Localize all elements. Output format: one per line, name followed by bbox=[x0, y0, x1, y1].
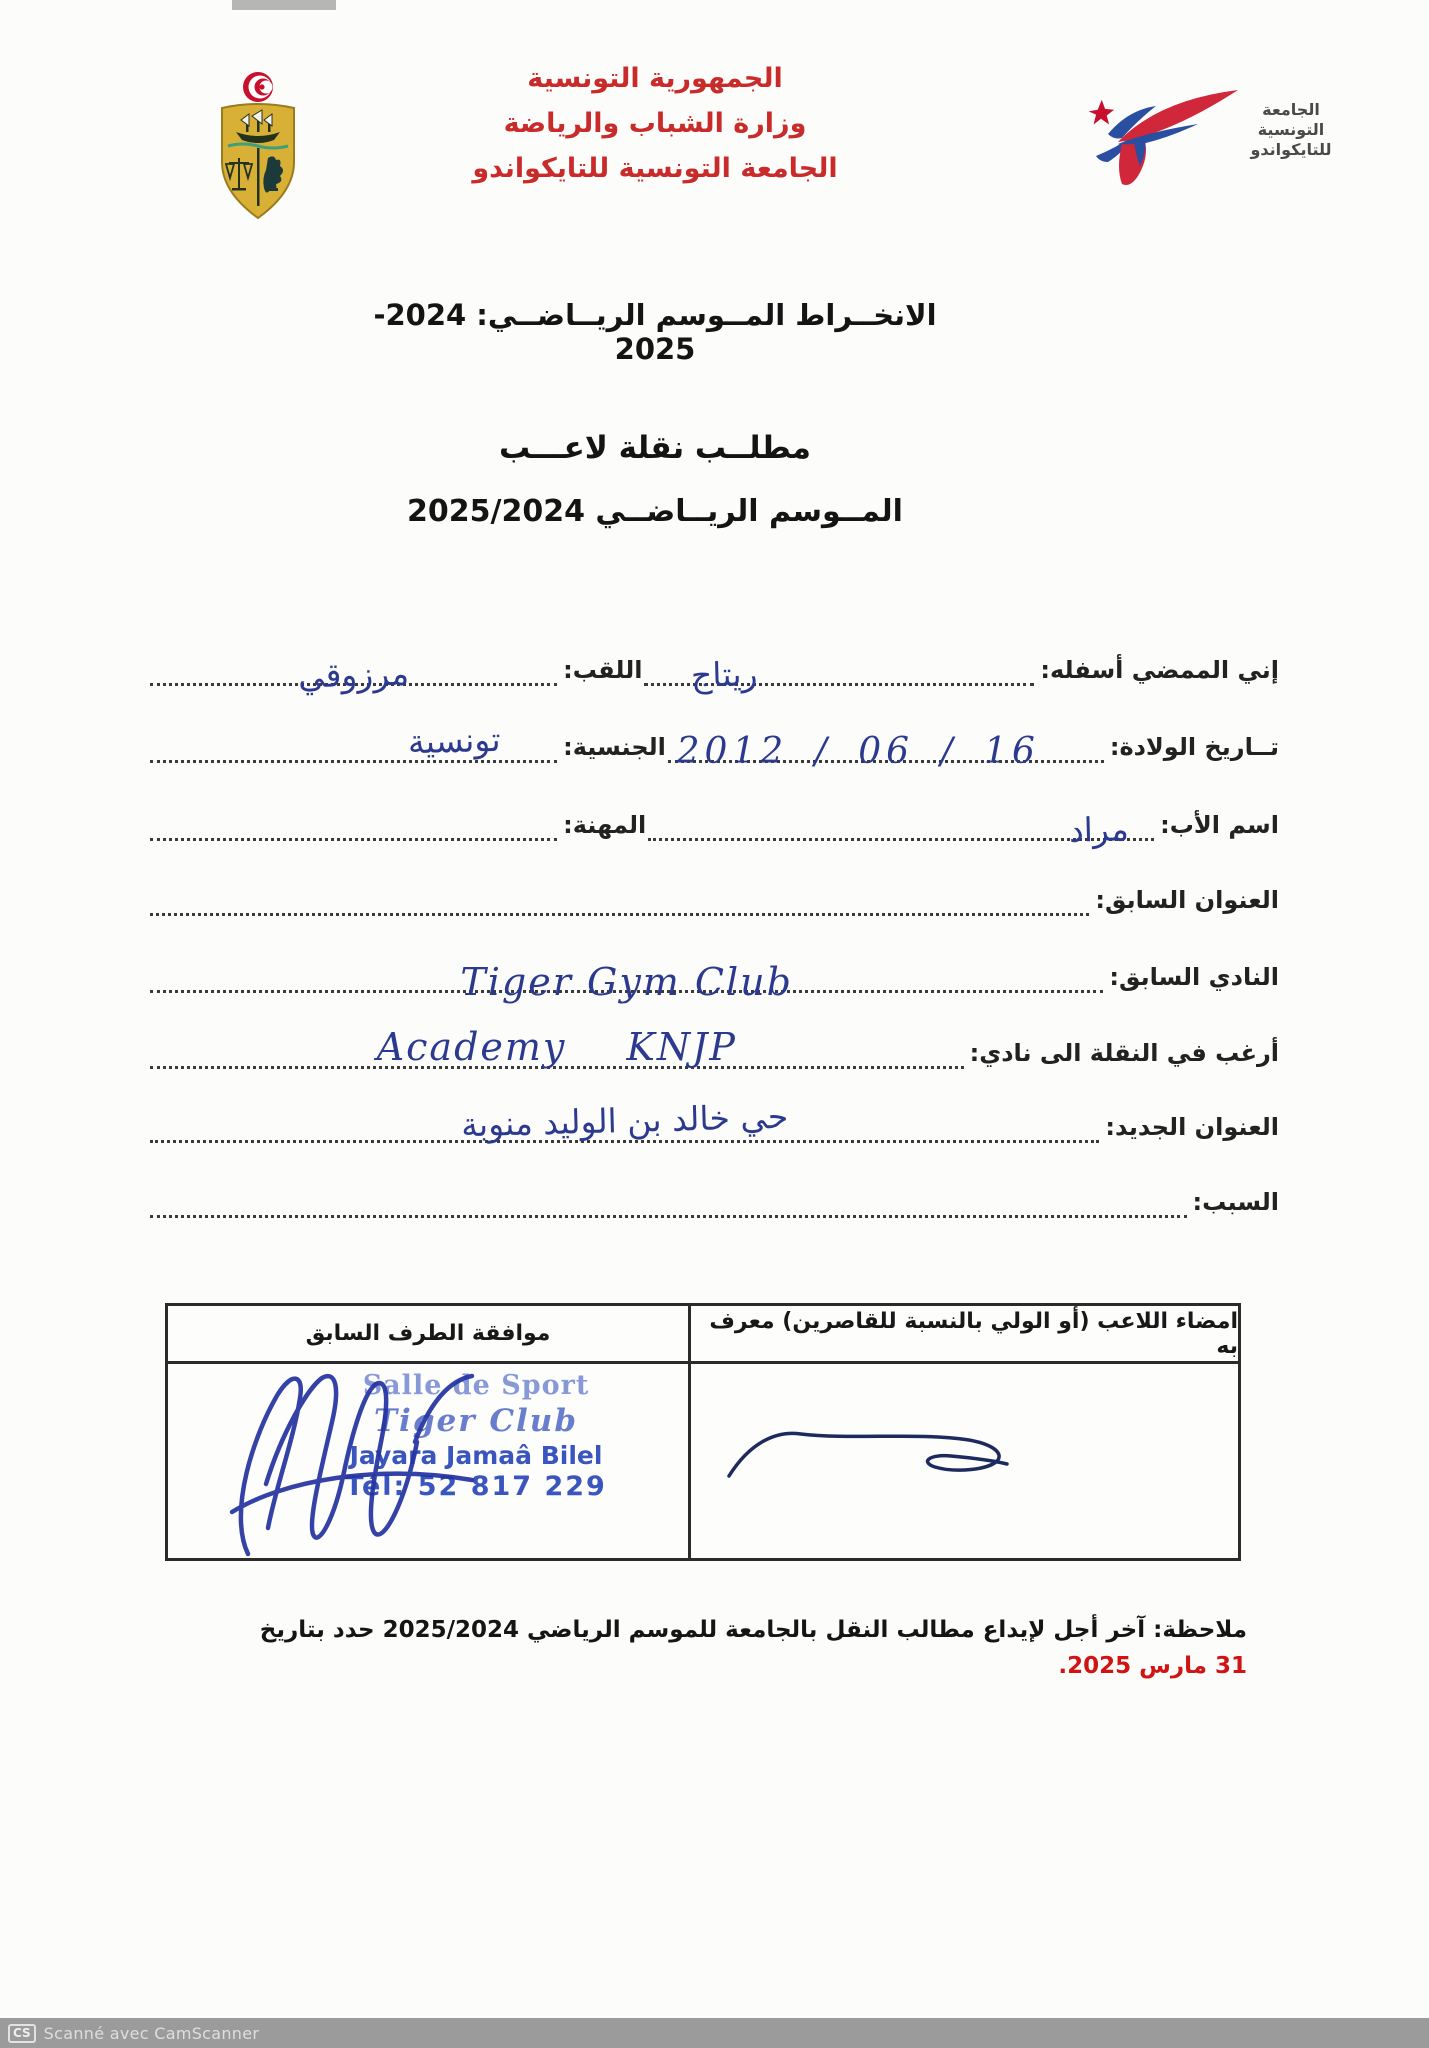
form-line-father: اسم الأب: مراد المهنة: bbox=[150, 795, 1281, 841]
camscanner-footer: CS Scanné avec CamScanner bbox=[0, 2018, 1429, 2048]
camscanner-icon: CS bbox=[8, 2024, 36, 2043]
form-line-new-club: أرغب في النقلة الى نادي: Academy KNJP bbox=[150, 1023, 1281, 1069]
signer-field: ريتاج bbox=[644, 649, 1034, 686]
new-club-field: Academy KNJP bbox=[150, 1032, 964, 1069]
form-line-name: إني الممضي أسفله: ريتاج اللقب: مرزوقي bbox=[150, 640, 1281, 686]
prev-address-field bbox=[150, 879, 1089, 916]
signatures-table: موافقة الطرف السابق امضاء اللاعب (أو الو… bbox=[165, 1303, 1241, 1561]
reason-label: السبب: bbox=[1187, 1187, 1281, 1218]
note-label: ملاحظة: bbox=[1153, 1617, 1247, 1643]
player-signature-cell bbox=[691, 1364, 1238, 1558]
form-line-prev-club: النادي السابق: Tiger Gym Club bbox=[150, 947, 1281, 993]
org-line-republic: الجمهورية التونسية bbox=[420, 56, 890, 101]
player-signature bbox=[719, 1412, 1019, 1507]
nationality-handwritten-value: تونسية bbox=[407, 723, 500, 759]
new-address-label: العنوان الجديد: bbox=[1099, 1112, 1281, 1143]
logo-text-line: للتايكواندو bbox=[1248, 140, 1334, 160]
scanned-transfer-form: الجمهورية التونسية وزارة الشباب والرياضة… bbox=[0, 0, 1429, 2048]
prev-address-label: العنوان السابق: bbox=[1089, 885, 1281, 916]
note-text: آخر أجل لإيداع مطالب النقل بالجامعة للمو… bbox=[260, 1617, 1145, 1643]
form-line-new-address: العنوان الجديد: حي خالد بن الوليد منوبة bbox=[150, 1097, 1281, 1143]
prev-party-signature bbox=[220, 1362, 485, 1558]
new-address-handwritten-value: حي خالد بن الوليد منوبة bbox=[150, 1092, 1100, 1151]
form-line-reason: السبب: bbox=[150, 1172, 1281, 1218]
father-name-field: مراد bbox=[648, 804, 1154, 841]
birthdate-label: تــاريخ الولادة: bbox=[1104, 732, 1281, 763]
form-line-birthdate: تــاريخ الولادة: 2012 / 06 / 16 الجنسية:… bbox=[150, 717, 1281, 763]
father-handwritten-value: مراد bbox=[1069, 812, 1130, 848]
deadline-note: ملاحظة: آخر أجل لإيداع مطالب النقل بالجا… bbox=[230, 1612, 1247, 1684]
tunisia-coat-of-arms-icon bbox=[216, 70, 300, 220]
new-club-handwritten-value: Academy KNJP bbox=[150, 1030, 964, 1064]
request-title: مطلــب نقلة لاعـــب bbox=[330, 430, 980, 466]
profession-label: المهنة: bbox=[557, 810, 648, 841]
father-name-label: اسم الأب: bbox=[1154, 810, 1281, 841]
org-line-federation: الجامعة التونسية للتايكواندو bbox=[420, 146, 890, 191]
logo-text-line: التونسية bbox=[1248, 120, 1334, 140]
surname-field: مرزوقي bbox=[150, 649, 557, 686]
logo-text-line: الجامعة bbox=[1248, 100, 1334, 120]
prev-address-handwritten-value bbox=[150, 910, 1089, 935]
note-deadline-date: 31 مارس 2025. bbox=[1058, 1653, 1247, 1679]
org-header: الجمهورية التونسية وزارة الشباب والرياضة… bbox=[420, 56, 890, 191]
player-signature-header: امضاء اللاعب (أو الولي بالنسبة للقاصرين)… bbox=[691, 1306, 1238, 1364]
profession-handwritten-value bbox=[150, 842, 557, 853]
surname-label: اللقب: bbox=[557, 655, 644, 686]
enrollment-title: الانخــراط المــوسم الريــاضــي: 2024- 2… bbox=[330, 298, 980, 366]
prev-club-field: Tiger Gym Club bbox=[150, 956, 1103, 993]
org-line-ministry: وزارة الشباب والرياضة bbox=[420, 101, 890, 146]
prev-party-approval-header: موافقة الطرف السابق bbox=[168, 1306, 691, 1364]
profession-field bbox=[150, 804, 557, 841]
birthdate-handwritten-value: 2012 / 06 / 16 bbox=[677, 735, 1040, 769]
form-line-prev-address: العنوان السابق: bbox=[150, 870, 1281, 916]
scan-edge-artifact bbox=[232, 0, 336, 10]
surname-handwritten-value: مرزوقي bbox=[150, 653, 558, 698]
new-club-label: أرغب في النقلة الى نادي: bbox=[964, 1038, 1281, 1069]
nationality-field: تونسية bbox=[150, 726, 557, 763]
prev-club-label: النادي السابق: bbox=[1103, 962, 1281, 993]
signer-handwritten-value: ريتاج bbox=[691, 657, 758, 693]
camscanner-watermark: Scanné avec CamScanner bbox=[44, 2024, 260, 2043]
federation-logo-icon: الجامعة التونسية للتايكواندو bbox=[1078, 72, 1336, 200]
signer-label: إني الممضي أسفله: bbox=[1034, 655, 1281, 686]
reason-field bbox=[150, 1181, 1187, 1218]
federation-logo-text: الجامعة التونسية للتايكواندو bbox=[1248, 100, 1334, 160]
birthdate-field: 2012 / 06 / 16 bbox=[668, 726, 1104, 763]
prev-party-approval-cell: Salle de Sport Tiger Club Jayara Jamaâ B… bbox=[168, 1364, 691, 1558]
prev-club-handwritten-value: Tiger Gym Club bbox=[150, 965, 1103, 999]
nationality-label: الجنسية: bbox=[557, 732, 668, 763]
season-title: المــوسم الريــاضــي 2025/2024 bbox=[330, 494, 980, 529]
reason-handwritten-value bbox=[150, 1210, 1186, 1237]
new-address-field: حي خالد بن الوليد منوبة bbox=[150, 1106, 1099, 1143]
